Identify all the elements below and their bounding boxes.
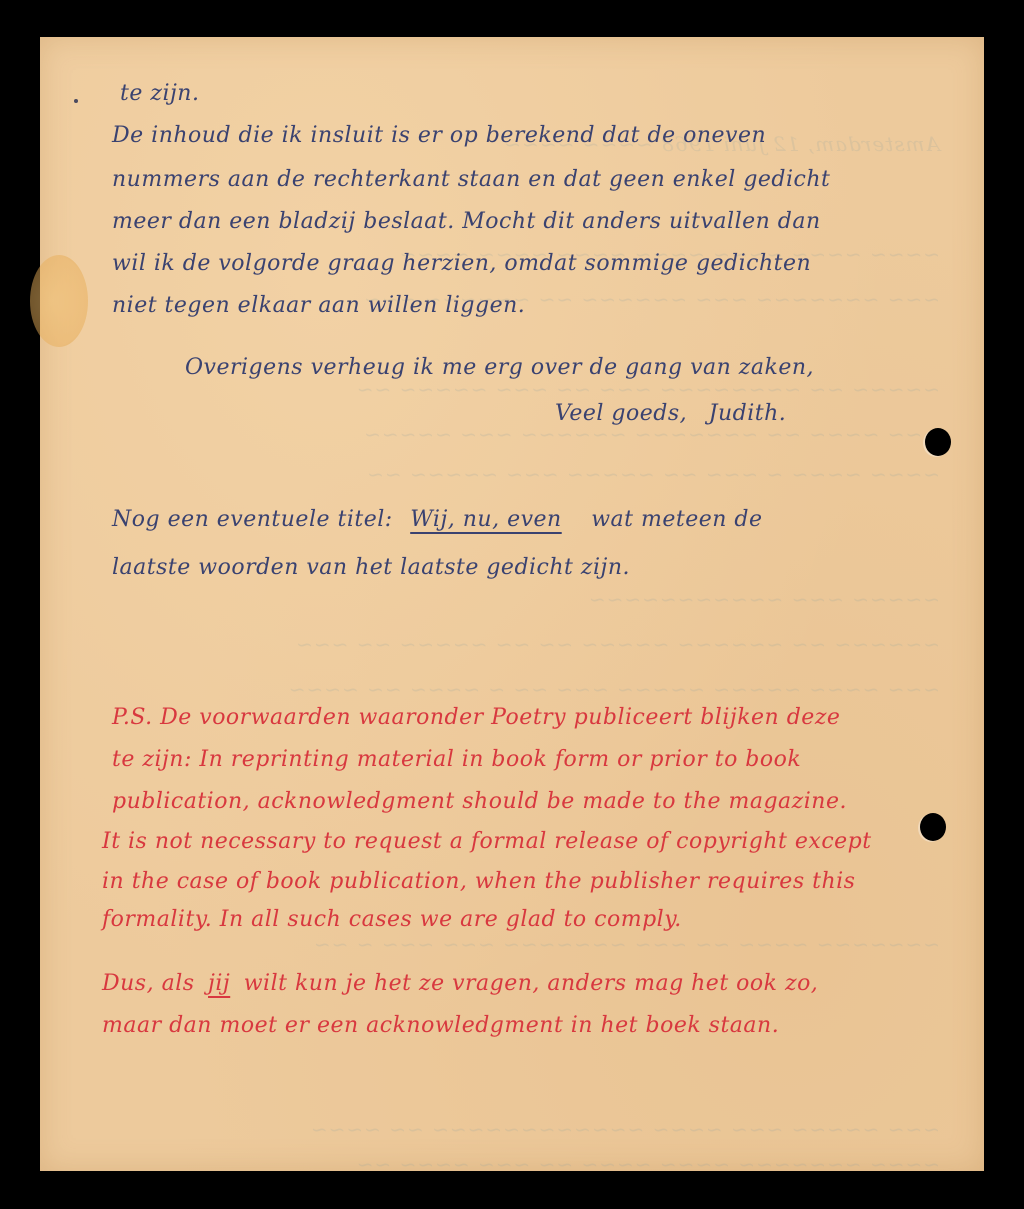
bleed-through-text: ~~~ ~~~~ ~~ ~~~~~~~ ~~~~~~ ~~~ ~~~~~ xyxy=(80,422,940,446)
bleed-through-text: ~~~~~ ~~~ ~~~~~~~~~~~ xyxy=(80,587,940,611)
postscript-line: in the case of book publication, when th… xyxy=(102,869,855,894)
bleed-through-text: ~~~~~~~ ~~~~ ~~ ~~~ ~~~~~~~ ~~~ ~~~ ~ ~~ xyxy=(80,932,940,956)
bleed-through-text: ~~~~~~ ~~ ~~~~~~ ~~~~~ ~~ ~~ ~~~~~ ~~ ~~… xyxy=(80,632,940,656)
postscript-closing-part2: wilt kun je het ze vragen, anders mag he… xyxy=(244,971,819,996)
postscript-line: P.S. De voorwaarden waaronder Poetry pub… xyxy=(112,705,840,730)
body-line: De inhoud die ik insluit is er op bereke… xyxy=(112,123,766,148)
body-line: nummers aan de rechterkant staan en dat … xyxy=(112,167,830,192)
postscript-line: publication, acknowledgment should be ma… xyxy=(112,789,847,814)
postscript-line: It is not necessary to request a formal … xyxy=(102,829,872,854)
postscript-emphasis: jij xyxy=(208,971,230,996)
postscript-closing-part1: Dus, als xyxy=(102,971,195,996)
body-line: meer dan een bladzij beslaat. Mocht dit … xyxy=(112,209,821,234)
ink-dot xyxy=(74,99,78,103)
title-note-suffix: wat meteen de xyxy=(591,507,762,532)
postscript-closing: Dus, als jij wilt kun je het ze vragen, … xyxy=(102,971,818,996)
signoff: Veel goeds, Judith. xyxy=(555,401,786,426)
signoff-text: Veel goeds, xyxy=(555,401,687,426)
body-line: te zijn. xyxy=(120,81,199,106)
title-note: Nog een eventuele titel: Wij, nu, even w… xyxy=(112,507,763,532)
signature: Judith. xyxy=(709,401,787,426)
bleed-through-text: ~~~~ ~~~~ ~ ~~~ ~~ ~~~~~ ~~~ ~~~~~ ~~ xyxy=(80,462,940,486)
punch-hole xyxy=(925,428,951,456)
postscript-line: formality. In all such cases we are glad… xyxy=(102,907,682,932)
bleed-through-text: ~~~~ ~~~~~~~ ~~~~ ~~~~ ~~ ~~~ ~~~~ ~~ xyxy=(80,1152,940,1176)
proposed-title: Wij, nu, even xyxy=(410,507,562,532)
postscript-line: te zijn: In reprinting material in book … xyxy=(112,747,801,772)
postscript-closing-line2: maar dan moet er een acknowledgment in h… xyxy=(102,1013,779,1038)
title-note-prefix: Nog een eventuele titel: xyxy=(112,507,393,532)
body-line: niet tegen elkaar aan willen liggen. xyxy=(112,293,525,318)
bleed-through-text: ~~~ ~~~~ ~~~~~ ~~~~~ ~~~ ~~ ~ ~~~~ ~~ ~~… xyxy=(80,677,940,701)
punch-hole xyxy=(920,813,946,841)
closing-line: Overigens verheug ik me erg over de gang… xyxy=(185,355,814,380)
letter-page: Amsterdam, 12 juni 1968 ~~~~ ~~~~ ~~~~ ~… xyxy=(40,37,984,1171)
title-note-line2: laatste woorden van het laatste gedicht … xyxy=(112,555,630,580)
bleed-through-text: ~~~ ~~~~~ ~~~ ~~~~ ~~~~~~~~~~~~ ~~ ~~~~ xyxy=(80,1117,940,1141)
body-line: wil ik de volgorde graag herzien, omdat … xyxy=(112,251,811,276)
bleed-through-text: ~~~~~ ~~ ~~~~~~~~ ~~~ ~~ ~~~ ~~~~~ ~~ xyxy=(80,377,940,401)
